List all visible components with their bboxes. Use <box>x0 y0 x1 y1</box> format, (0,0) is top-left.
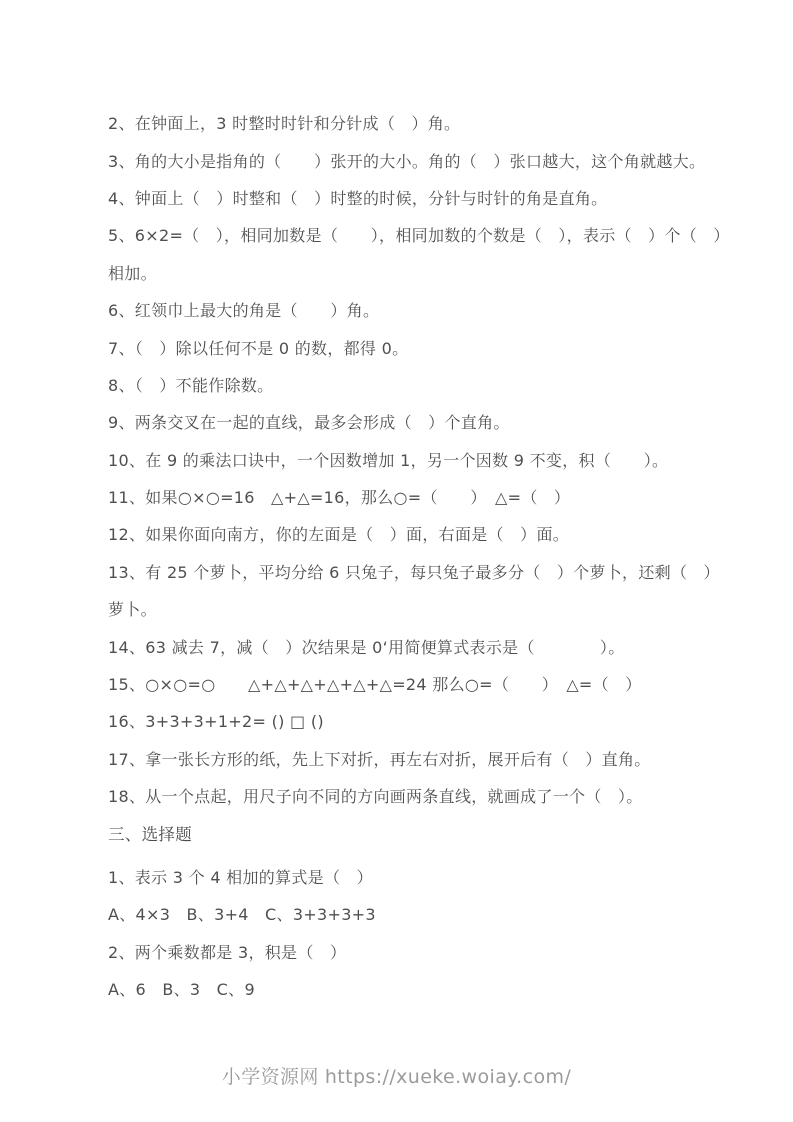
fill-question-9: 9、两条交叉在一起的直线，最多会形成（ ）个直角。 <box>108 403 733 440</box>
fill-question-4: 4、钟面上（ ）时整和（ ）时整的时候，分针与时针的角是直角。 <box>108 179 733 216</box>
section-heading-multiple-choice: 三、选择题 <box>108 814 733 851</box>
choice-question-1: 1、表示 3 个 4 相加的算式是（ ） <box>108 858 733 895</box>
fill-question-5: 5、6×2=（ ），相同加数是（ ），相同加数的个数是（ ），表示（ ）个（ ） <box>108 216 733 253</box>
fill-question-6: 6、红领巾上最大的角是（ ）角。 <box>108 291 733 328</box>
choice-question-2-options: A、6 B、3 C、9 <box>108 970 733 1007</box>
fill-question-13: 13、有 25 个萝卜，平均分给 6 只兔子，每只兔子最多分（ ）个萝卜，还剩（… <box>108 553 733 590</box>
fill-question-8: 8、（ ）不能作除数。 <box>108 366 733 403</box>
fill-question-10: 10、在 9 的乘法口诀中，一个因数增加 1，另一个因数 9 不变，积（ ）。 <box>108 441 733 478</box>
worksheet-body: 2、在钟面上，3 时整时时针和分针成（ ）角。 3、角的大小是指角的（ ）张开的… <box>108 104 733 1007</box>
page-footer: 小学资源网https://xueke.woiay.com/ <box>0 1062 793 1089</box>
fill-question-7: 7、（ ）除以任何不是 0 的数，都得 0。 <box>108 328 733 365</box>
fill-question-13-continuation: 萝卜。 <box>108 590 733 627</box>
fill-question-15: 15、○×○=○ △+△+△+△+△+△=24 那么○=（ ） △=（ ） <box>108 665 733 702</box>
fill-question-18: 18、从一个点起，用尺子向不同的方向画两条直线，就画成了一个（ ）。 <box>108 777 733 814</box>
fill-question-11: 11、如果○×○=16 △+△=16，那么○=（ ） △=（ ） <box>108 478 733 515</box>
fill-question-17: 17、拿一张长方形的纸，先上下对折，再左右对折，展开后有（ ）直角。 <box>108 740 733 777</box>
fill-question-16: 16、3+3+3+1+2= () □ () <box>108 702 733 739</box>
footer-url: https://xueke.woiay.com/ <box>322 1066 574 1088</box>
fill-question-12: 12、如果你面向南方，你的左面是（ ）面，右面是（ ）面。 <box>108 515 733 552</box>
choice-question-2: 2、两个乘数都是 3，积是（ ） <box>108 933 733 970</box>
footer-site-name: 小学资源网 <box>219 1066 322 1088</box>
fill-question-14: 14、63 减去 7，减（ ）次结果是 0‘用简便算式表示是（ ）。 <box>108 627 733 664</box>
fill-question-5-continuation: 相加。 <box>108 254 733 291</box>
worksheet-page: 2、在钟面上，3 时整时时针和分针成（ ）角。 3、角的大小是指角的（ ）张开的… <box>0 0 793 1122</box>
fill-question-2: 2、在钟面上，3 时整时时针和分针成（ ）角。 <box>108 104 733 141</box>
fill-question-3: 3、角的大小是指角的（ ）张开的大小。角的（ ）张口越大，这个角就越大。 <box>108 141 733 178</box>
choice-question-1-options: A、4×3 B、3+4 C、3+3+3+3 <box>108 895 733 932</box>
